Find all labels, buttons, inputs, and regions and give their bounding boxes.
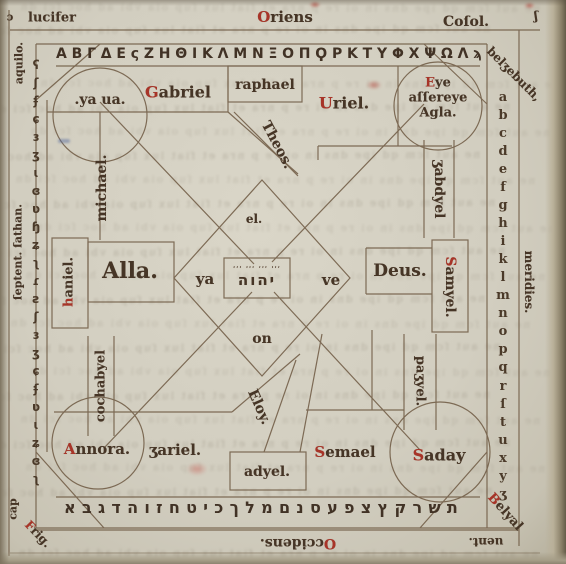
alphabet-letter: Η <box>159 46 171 62</box>
magical-alphabet-column: ʕʃʄɕɜʒɩɞʋɧʑʅɾƨʃɜʒɕʄʋɩʑɞʅ <box>28 58 44 486</box>
alphabet-letter: Υ <box>377 46 387 62</box>
blue-ink-mark <box>58 139 70 143</box>
hebrew-alphabet-row: אבגדהוזחטיכךלמםנסעפצץקרשת <box>64 498 458 517</box>
alphabet-letter: ʒ <box>28 346 44 360</box>
alphabet-letter: ל <box>245 498 255 517</box>
alphabet-letter: e <box>494 162 512 177</box>
alphabet-letter: ד <box>111 498 120 517</box>
wind-label-aquilo: aquilo. <box>13 42 26 84</box>
alphabet-letter: צ <box>361 498 371 517</box>
alphabet-letter: ʅ <box>28 256 44 270</box>
alphabet-letter: ʄ <box>28 94 44 108</box>
alphabet-letter: r <box>494 379 512 394</box>
alphabet-letter: t <box>494 415 512 430</box>
alphabet-letter: Φ <box>392 46 404 62</box>
alphabet-letter: ה <box>127 498 138 517</box>
alphabet-letter: x <box>494 451 512 466</box>
divine-name-ve: ve <box>322 271 340 289</box>
divine-name-alla: Alla. <box>102 258 158 284</box>
divine-name-el: el. <box>246 212 262 226</box>
alphabet-letter: Ν <box>252 46 264 62</box>
alphabet-letter: ב <box>82 498 92 517</box>
alphabet-letter: k <box>494 252 512 267</box>
angel-name-semael: Semael <box>314 443 375 461</box>
corner-label-lucifer: lucifer <box>28 11 76 26</box>
red-ink-smudge <box>309 1 321 8</box>
alphabet-letter: ɩ <box>28 166 44 180</box>
alphabet-letter: ת <box>447 498 458 517</box>
alphabet-letter: ם <box>279 498 290 517</box>
circle-name-eye-assereye-agla: Eye aſſereye Agla. <box>409 76 468 121</box>
alphabet-letter: Κ <box>347 46 358 62</box>
alphabet-letter: ʅ <box>28 472 44 486</box>
alphabet-letter: Ο <box>282 46 294 62</box>
alphabet-letter: f <box>494 180 512 195</box>
agla-line1: Eye <box>409 76 468 91</box>
alphabet-letter: ר <box>413 498 423 517</box>
red-ink-smudge <box>366 80 382 90</box>
top-left-flourish-mark: ɔ <box>7 11 14 24</box>
alphabet-letter: h <box>494 216 512 231</box>
tetragrammaton-yhwh: יהוה <box>238 273 276 288</box>
greek-alphabet-row: ΑΒΓΔΕςΖΗΘΙΚΛΜΝΞΟΠϘΡΚΤΥΦΧΨΩΛϡ <box>56 46 482 62</box>
agla-line3: Agla. <box>409 106 468 121</box>
alphabet-letter: ש <box>428 498 440 517</box>
alphabet-letter: כ <box>214 498 223 517</box>
direction-label-occidens: Occidens. <box>260 535 336 551</box>
alphabet-letter: נ <box>296 498 303 517</box>
angel-name-raphael: raphael <box>235 77 295 93</box>
alphabet-letter: ʃ <box>28 76 44 90</box>
divine-name-on: on <box>252 331 272 347</box>
alphabet-letter: p <box>494 342 512 357</box>
alphabet-letter: a <box>494 90 512 105</box>
direction-label-meridies: meridies. <box>522 251 536 314</box>
angel-name-zabdyel: ʒabdyel <box>431 160 447 219</box>
alphabet-letter: g <box>494 198 512 213</box>
pink-ink-smudge <box>186 462 208 476</box>
alphabet-letter: ſ <box>494 397 512 412</box>
alphabet-letter: i <box>494 234 512 249</box>
alphabet-letter: o <box>494 324 512 339</box>
circle-name-yaua: .ya ua. <box>74 92 125 108</box>
alphabet-letter: Ω <box>441 46 453 62</box>
alphabet-letter: ɜ <box>28 328 44 342</box>
alphabet-letter: ע <box>327 498 338 517</box>
alphabet-letter: Β <box>72 46 83 62</box>
alphabet-letter: Ψ <box>424 46 436 62</box>
alphabet-letter: ו <box>144 498 150 517</box>
alphabet-letter: Χ <box>409 46 420 62</box>
alphabet-letter: ɜ <box>28 130 44 144</box>
corner-label-uent: uent. <box>469 535 504 549</box>
alphabet-letter: n <box>494 306 512 321</box>
alphabet-letter: ʒ <box>28 148 44 162</box>
alphabet-letter: Ξ <box>268 46 277 62</box>
alphabet-letter: ɞ <box>28 454 44 468</box>
angel-name-samyel: Samyel. <box>442 256 458 317</box>
circle-name-annora: Annora. <box>64 440 130 458</box>
alphabet-letter: ϡ <box>473 46 482 62</box>
alphabet-letter: Π <box>299 46 311 62</box>
divine-name-deus: Deus. <box>373 261 426 281</box>
alphabet-letter: מ <box>261 498 273 517</box>
top-right-flourish-mark: ʃ <box>534 9 538 23</box>
alphabet-letter: d <box>494 144 512 159</box>
alphabet-letter: ג <box>98 498 105 517</box>
alphabet-letter: Ι <box>192 46 197 62</box>
alphabet-letter: ʃ <box>28 310 44 324</box>
alphabet-letter: Ϙ <box>315 46 327 62</box>
alphabet-letter: ɾ <box>28 274 44 288</box>
alphabet-letter: Θ <box>175 46 187 62</box>
alphabet-letter: l <box>494 270 512 285</box>
red-ink-smudge <box>524 2 535 9</box>
angel-name-gabriel: Gabriel <box>145 83 211 102</box>
alphabet-letter: Ε <box>116 46 126 62</box>
alphabet-letter: Ρ <box>332 46 342 62</box>
angel-name-michael: michael. <box>94 154 110 221</box>
alphabet-letter: ס <box>310 498 321 517</box>
direction-label-oriens: Oriens <box>257 8 313 26</box>
alphabet-letter: y <box>494 469 512 484</box>
alphabet-letter: ʕ <box>28 58 44 72</box>
alphabet-letter: ʑ <box>28 436 44 450</box>
alphabet-letter: ɧ <box>28 220 44 234</box>
alphabet-letter: א <box>64 498 76 517</box>
alphabet-letter: Γ <box>87 46 96 62</box>
alphabet-letter: ɩ <box>28 418 44 432</box>
alphabet-letter: ς <box>131 46 139 62</box>
alphabet-letter: י <box>203 498 208 517</box>
alphabet-letter: ז <box>156 498 162 517</box>
alphabet-letter: Λ <box>458 46 469 62</box>
alphabet-letter: ך <box>230 498 239 517</box>
alphabet-letter: Δ <box>101 46 112 62</box>
direction-label-septentrio-sathan: ſeptent. ſathan. <box>12 204 25 300</box>
alphabet-letter: c <box>494 126 512 141</box>
alphabet-letter: Λ <box>218 46 229 62</box>
corner-label-cosol: Coſol. <box>443 14 489 30</box>
angel-name-uriel: Uriel. <box>319 94 369 113</box>
alphabet-letter: ʄ <box>28 382 44 396</box>
alphabet-letter: Κ <box>202 46 213 62</box>
manuscript-page: ne aut ſcm qd ipe dns in oi re p nra et … <box>0 0 566 564</box>
alphabet-letter: ʋ <box>28 202 44 216</box>
alphabet-letter: Μ <box>233 46 247 62</box>
alphabet-letter: Ζ <box>144 46 154 62</box>
alphabet-letter: פ <box>344 498 355 517</box>
alphabet-letter: ʋ <box>28 400 44 414</box>
alphabet-letter: ק <box>394 498 406 517</box>
alphabet-letter: b <box>494 108 512 123</box>
corner-label-cap: cap <box>7 498 20 520</box>
latin-alphabet-column: abcdefghiklmnopqrſtuxyʒ <box>494 90 512 502</box>
alphabet-letter: ɕ <box>28 364 44 378</box>
alphabet-letter: u <box>494 433 512 448</box>
angel-name-zariel: ʒariel. <box>149 441 201 459</box>
circle-name-saday: Saday <box>413 446 466 465</box>
alphabet-letter: Α <box>56 46 67 62</box>
alphabet-letter: ח <box>169 498 180 517</box>
alphabet-letter: ɞ <box>28 184 44 198</box>
alphabet-letter: ƨ <box>28 292 44 306</box>
alphabet-letter: ɕ <box>28 112 44 126</box>
alphabet-letter: ץ <box>378 498 389 517</box>
alphabet-letter: Τ <box>363 46 373 62</box>
agla-line2: aſſereye <box>409 91 468 106</box>
angel-name-haniel: haniel. <box>62 257 77 307</box>
angel-name-pazyel: paʒyel. <box>413 356 428 406</box>
alphabet-letter: ט <box>186 498 197 517</box>
alphabet-letter: m <box>494 288 512 303</box>
divine-name-ya: ya <box>196 270 214 288</box>
alphabet-letter: ʑ <box>28 238 44 252</box>
tetragrammaton-box: ʹʹʹ ʹʹʹ ʹʹʹ ʹʹʹ יהוה <box>233 266 281 288</box>
alphabet-letter: q <box>494 360 512 375</box>
angel-name-cochabyel: cochabyel <box>94 350 109 422</box>
angel-name-adyel: adyel. <box>244 464 290 480</box>
